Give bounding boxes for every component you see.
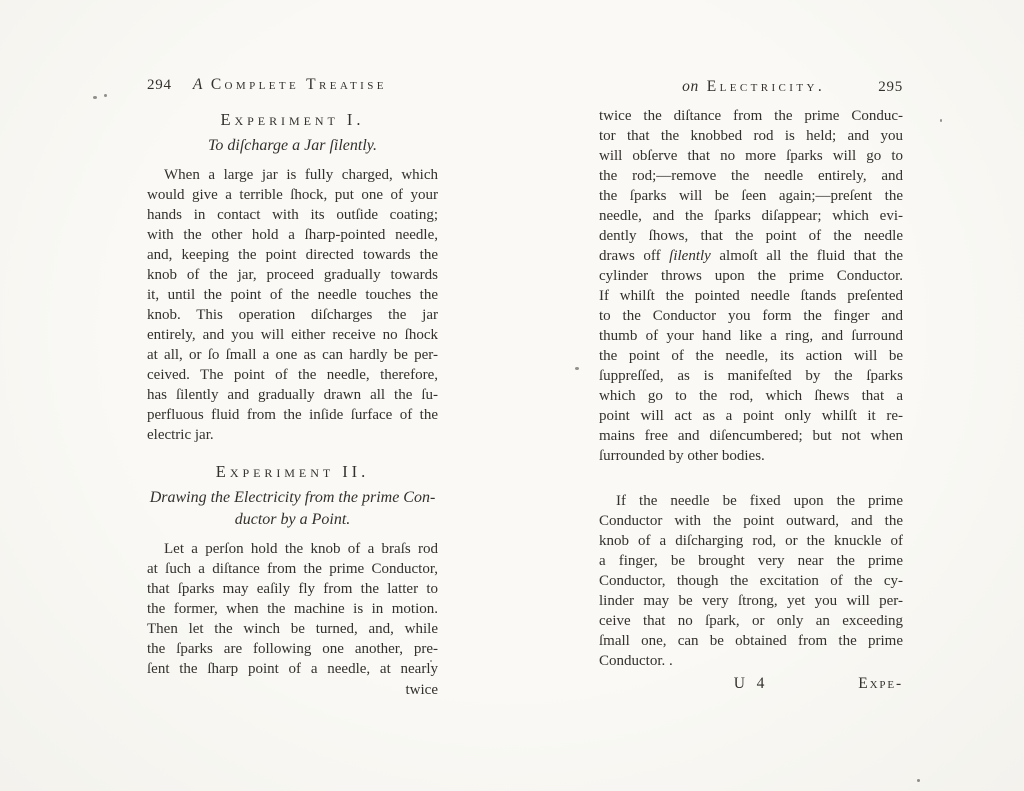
text-line: draws off ſilently almoſt all the fluid … xyxy=(599,246,903,266)
text-line: Conductor. . xyxy=(599,651,903,671)
text-line: the point of the needle, its action will… xyxy=(599,346,903,366)
text-line: perfluous fluid from the inſide ſurface … xyxy=(147,405,438,425)
text-line: Then let the winch be turned, and, while xyxy=(147,619,438,639)
scan-speck xyxy=(430,660,432,662)
subheading-line: ductor by a Point. xyxy=(147,509,438,531)
experiment-2-subheading: Drawing the Electricity from the prime C… xyxy=(147,487,438,531)
catchword-right: Expe- xyxy=(858,674,903,694)
text-line: it, until the point of the needle touche… xyxy=(147,285,438,305)
running-title-left: A Complete Treatise xyxy=(172,76,408,94)
text-line: If the needle be fixed upon the prime xyxy=(599,491,903,511)
page-number-left: 294 xyxy=(147,77,172,94)
text-line: would give a terrible ſhock, put one of … xyxy=(147,185,438,205)
experiment-2-heading: Experiment II. xyxy=(147,462,438,482)
experiment-1-body: When a large jar is fully charged, which… xyxy=(147,165,438,445)
paragraph: When a large jar is fully charged, which… xyxy=(147,165,438,445)
catchword-left: twice xyxy=(147,680,438,700)
text-line: will obſerve that no more ſparks will go… xyxy=(599,146,903,166)
text-line: the former, when the machine is in motio… xyxy=(147,599,438,619)
running-title-text: Electricity. xyxy=(707,78,825,95)
text-line: a finger, be brought very near the prime xyxy=(599,551,903,571)
right-page-body: twice the diſtance from the prime Conduc… xyxy=(599,106,903,671)
text-line: linder may be very ſtrong, yet you will … xyxy=(599,591,903,611)
experiment-1-subheading: To diſcharge a Jar ſilently. xyxy=(147,135,438,157)
text-line: twice the diſtance from the prime Conduc… xyxy=(599,106,903,126)
subheading-line: To diſcharge a Jar ſilently. xyxy=(147,135,438,157)
running-title-preposition: on xyxy=(682,78,699,95)
text-line: with the other hold a ſharp-pointed need… xyxy=(147,225,438,245)
text-line: thumb of your hand like a ring, and ſurr… xyxy=(599,326,903,346)
experiment-1-heading: Experiment I. xyxy=(147,110,438,130)
text-line: Let a perſon hold the knob of a braſs ro… xyxy=(147,539,438,559)
scan-speck xyxy=(104,94,107,97)
text-line: at all, or ſo ſmall a one as can hardly … xyxy=(147,345,438,365)
scan-speck xyxy=(940,119,942,122)
text-line: hands in contact with its outſide coatin… xyxy=(147,205,438,225)
running-title-right: on Electricity. xyxy=(629,78,878,96)
page-number-right: 295 xyxy=(878,79,903,96)
text-line: the ſparks will be ſeen again;—preſent t… xyxy=(599,186,903,206)
text-line: ceive that no ſpark, or only an exceedin… xyxy=(599,611,903,631)
paragraph: If the needle be fixed upon the primeCon… xyxy=(599,491,903,671)
text-line: tor that the knobbed rod is held; and yo… xyxy=(599,126,903,146)
text-line: which go to the rod, which ſhews that a xyxy=(599,386,903,406)
text-line: the ſparks are following one another, pr… xyxy=(147,639,438,659)
running-head-right: on Electricity. 295 xyxy=(599,78,903,98)
text-line: ceived. The point of the needle, therefo… xyxy=(147,365,438,385)
text-line: at ſuch a diſtance from the prime Conduc… xyxy=(147,559,438,579)
experiment-2-body: Let a perſon hold the knob of a braſs ro… xyxy=(147,539,438,679)
scan-speck xyxy=(917,779,920,782)
right-page: on Electricity. 295 twice the diſtance f… xyxy=(599,78,903,694)
text-line: ſuppreſſed, as is manifeſted by the ſpar… xyxy=(599,366,903,386)
running-title-article: A xyxy=(193,76,203,93)
paragraph: twice the diſtance from the prime Conduc… xyxy=(599,106,903,466)
text-line: and, keeping the point directed towards … xyxy=(147,245,438,265)
text-line: cylinder throws upon the prime Conductor… xyxy=(599,266,903,286)
text-line: ſurrounded by other bodies. xyxy=(599,446,903,466)
text-line: point will act as a point only whilſt it… xyxy=(599,406,903,426)
text-line: dently ſhows, that the point of the need… xyxy=(599,226,903,246)
running-head-left: 294 A Complete Treatise xyxy=(147,76,438,96)
text-line: electric jar. xyxy=(147,425,438,445)
text-line: has ſilently and gradually drawn all the… xyxy=(147,385,438,405)
section-experiment-1: Experiment I. To diſcharge a Jar ſilentl… xyxy=(147,110,438,445)
text-line: If whilſt the pointed needle ſtands preſ… xyxy=(599,286,903,306)
text-line: knob of the jar, proceed gradually towar… xyxy=(147,265,438,285)
text-line: entirely, and you will either receive no… xyxy=(147,325,438,345)
text-line: mains free and diſencumbered; but not wh… xyxy=(599,426,903,446)
text-line: needle, and the ſparks diſappear; which … xyxy=(599,206,903,226)
text-line: ſent the ſharp point of a needle, at nea… xyxy=(147,659,438,679)
subheading-line: Drawing the Electricity from the prime C… xyxy=(147,487,438,509)
section-experiment-2: Experiment II. Drawing the Electricity f… xyxy=(147,462,438,679)
text-line: that ſparks may eaſily fly from the latt… xyxy=(147,579,438,599)
text-line: When a large jar is fully charged, which xyxy=(147,165,438,185)
book-spread-scan: 294 A Complete Treatise Experiment I. To… xyxy=(0,0,1024,791)
text-line: ſmall one, can be obtained from the prim… xyxy=(599,631,903,651)
text-line: knob. This operation diſcharges the jar xyxy=(147,305,438,325)
text-line: Conductor, though the excitation of the … xyxy=(599,571,903,591)
text-line: knob of a diſcharging rod, or the knuckl… xyxy=(599,531,903,551)
running-title-text: Complete Treatise xyxy=(211,76,387,93)
text-line: the rod;—remove the needle entirely, and xyxy=(599,166,903,186)
scan-speck xyxy=(575,367,579,370)
scan-speck xyxy=(93,96,97,99)
left-page: 294 A Complete Treatise Experiment I. To… xyxy=(147,76,438,700)
paragraph: Let a perſon hold the knob of a braſs ro… xyxy=(147,539,438,679)
page-footer: U 4 Expe- xyxy=(599,674,903,694)
text-line: to the Conductor you form the finger and xyxy=(599,306,903,326)
text-line: Conductor with the point outward, and th… xyxy=(599,511,903,531)
